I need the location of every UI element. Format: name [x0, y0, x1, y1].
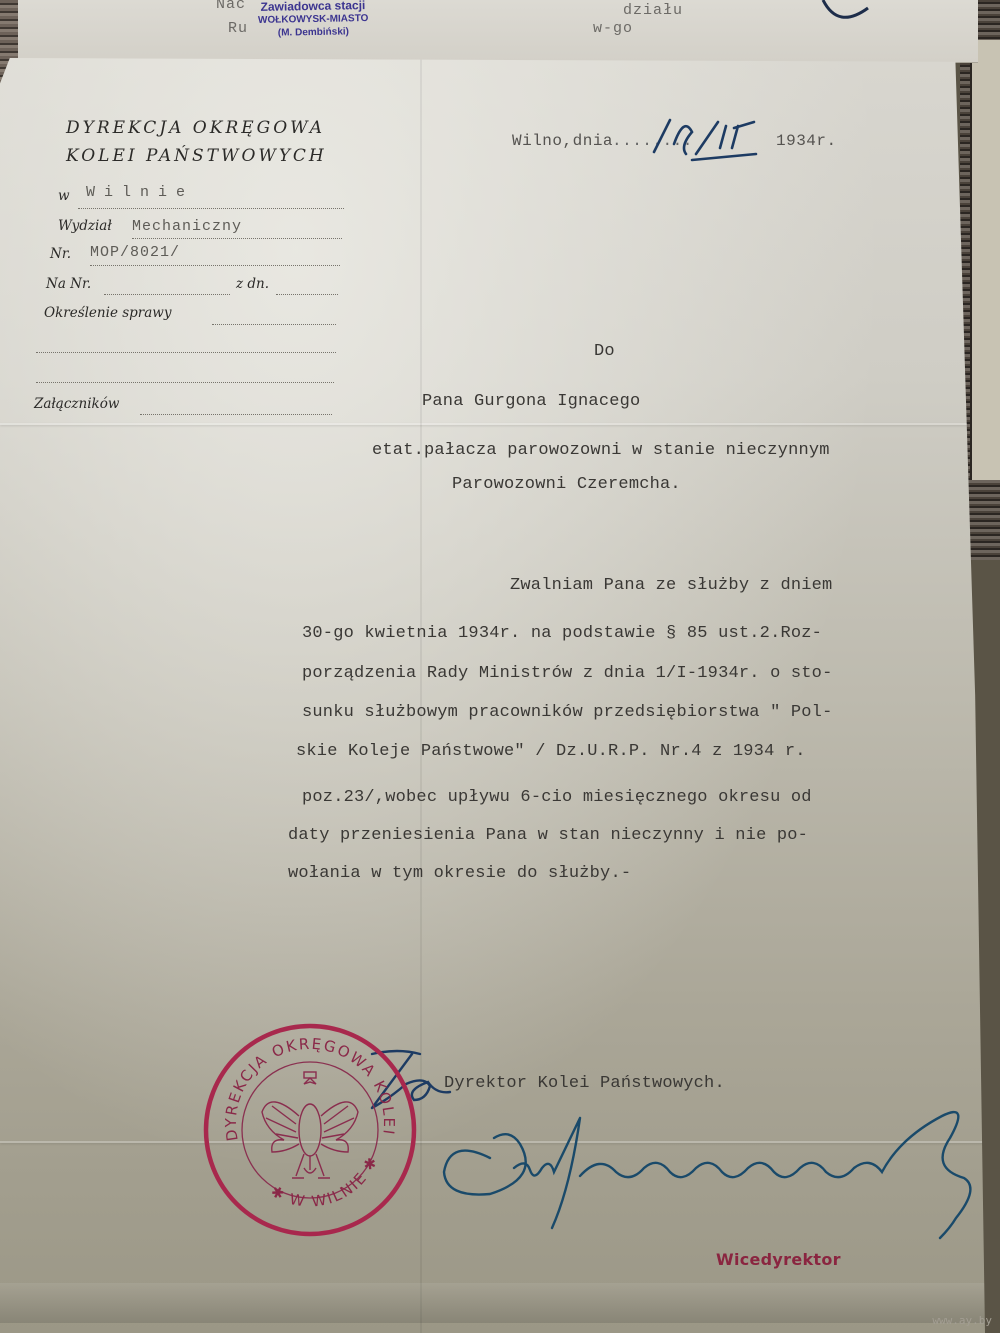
reference-label: Na Nr. — [46, 276, 91, 292]
dotted-line — [36, 352, 336, 353]
attachments-label: Załączników — [34, 396, 119, 412]
body-line: Zwalniam Pana ze służby z dniem — [510, 576, 832, 595]
dotted-line — [132, 238, 342, 239]
attachments-field — [140, 414, 332, 415]
stamp-line: WOŁKOWYSK-MIASTO — [258, 12, 369, 27]
letterhead-subtitle: KOLEI PAŃSTWOWYCH — [66, 146, 327, 166]
svg-text:✱ W WILNIE ✱: ✱ W WILNIE ✱ — [268, 1153, 382, 1211]
body-line: poz.23/,wobec upływu 6-cio miesięcznego … — [302, 788, 812, 807]
official-seal-icon: DYREKCJA OKRĘGOWA KOLEI PAŃSTWOWYCH ✱ W … — [200, 1020, 420, 1240]
addressee-place: Parowozowni Czeremcha. — [452, 475, 681, 494]
location-value: Wilnie — [86, 184, 194, 201]
date-year: 1934r. — [776, 132, 837, 150]
letterhead-title: DYREKCJA OKRĘGOWA — [66, 118, 325, 138]
addressee-position: etat.pałacza parowozowni w stanie nieczy… — [372, 441, 830, 460]
vice-director-stamp: Wicedyrektor — [716, 1250, 841, 1269]
typed-fragment: w-go — [593, 20, 633, 37]
handwritten-signature-icon — [430, 1098, 990, 1248]
station-master-stamp: Zawiadowca stacji WOŁKOWYSK-MIASTO (M. D… — [258, 0, 369, 40]
body-line: skie Koleje Państwowe" / Dz.U.R.P. Nr.4 … — [296, 742, 806, 761]
polish-eagle-icon — [262, 1072, 358, 1178]
paper-fold — [420, 58, 422, 1333]
addressee-name: Pana Gurgona Ignacego — [422, 392, 640, 411]
dismissal-letter-sheet: DYREKCJA OKRĘGOWA KOLEI PAŃSTWOWYCH w Wi… — [0, 58, 985, 1333]
signatory-title: Dyrektor Kolei Państwowych. — [444, 1074, 725, 1093]
reference-date-field — [276, 294, 338, 295]
stamp-line: (M. Dembiński) — [258, 25, 369, 40]
paper-fold — [0, 423, 985, 425]
body-line: wołania w tym okresie do służby.- — [288, 864, 631, 883]
pen-stroke-icon — [818, 0, 878, 40]
body-line: porządzenia Rady Ministrów z dnia 1/I-19… — [302, 664, 833, 683]
body-line: daty przeniesienia Pana w stan nieczynny… — [288, 826, 808, 845]
number-value: MOP/8021/ — [90, 244, 180, 261]
subject-label: Określenie sprawy — [44, 305, 171, 321]
body-line: sunku służbowym pracowników przedsiębior… — [302, 703, 833, 722]
reference-field — [104, 294, 230, 295]
handwritten-date-icon — [640, 114, 770, 162]
watermark: www.ay.by — [932, 1314, 992, 1327]
dotted-line — [36, 382, 334, 383]
paper-fold-shadow — [0, 1283, 985, 1323]
location-label: w — [58, 188, 70, 204]
subject-field — [212, 324, 336, 325]
date-prefix: Wilno,dnia — [512, 132, 613, 150]
body-line: 30-go kwietnia 1934r. na podstawie § 85 … — [302, 624, 822, 643]
reference-date-label: z dn. — [236, 276, 269, 292]
typed-fragment: Nac — [216, 0, 246, 13]
typed-fragment: działu — [623, 2, 683, 19]
typed-fragment: Ru — [228, 20, 248, 37]
adjacent-paper-sheet — [970, 40, 1000, 480]
number-label: Nr. — [50, 246, 71, 262]
dotted-line — [78, 208, 344, 209]
department-label: Wydział — [58, 218, 112, 234]
previous-document-sheet: Nac działu Ru w-go Zawiadowca stacji WOŁ… — [18, 0, 978, 63]
addressee-to: Do — [594, 342, 615, 361]
dotted-line — [90, 265, 340, 266]
department-value: Mechaniczny — [132, 218, 242, 235]
